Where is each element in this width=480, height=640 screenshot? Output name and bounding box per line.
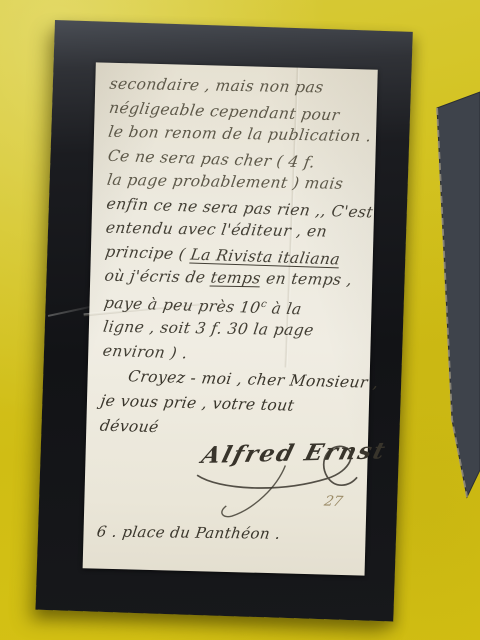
line-text: où j'écris de	[103, 267, 212, 287]
pencil-annotation: 27	[323, 494, 345, 510]
line-text: en temps ,	[260, 269, 354, 289]
signature: Alfred Ernst	[188, 423, 370, 524]
black-mount-card: secondaire , mais non pas négligeable ce…	[35, 20, 412, 622]
signature-name: Alfred Ernst	[199, 437, 390, 468]
line-text: à la	[265, 299, 303, 318]
address-line: 6 . place du Panthéon .	[95, 520, 282, 546]
letter-body: secondaire , mais non pas négligeable ce…	[101, 72, 374, 370]
line-text: principe (	[104, 243, 192, 264]
line-text: paye à peu près 10	[103, 294, 262, 317]
underlined-word: temps	[210, 269, 263, 288]
adjacent-card-corner	[430, 85, 480, 505]
photograph: secondaire , mais non pas négligeable ce…	[0, 0, 480, 640]
letter-page: secondaire , mais non pas négligeable ce…	[83, 62, 378, 575]
